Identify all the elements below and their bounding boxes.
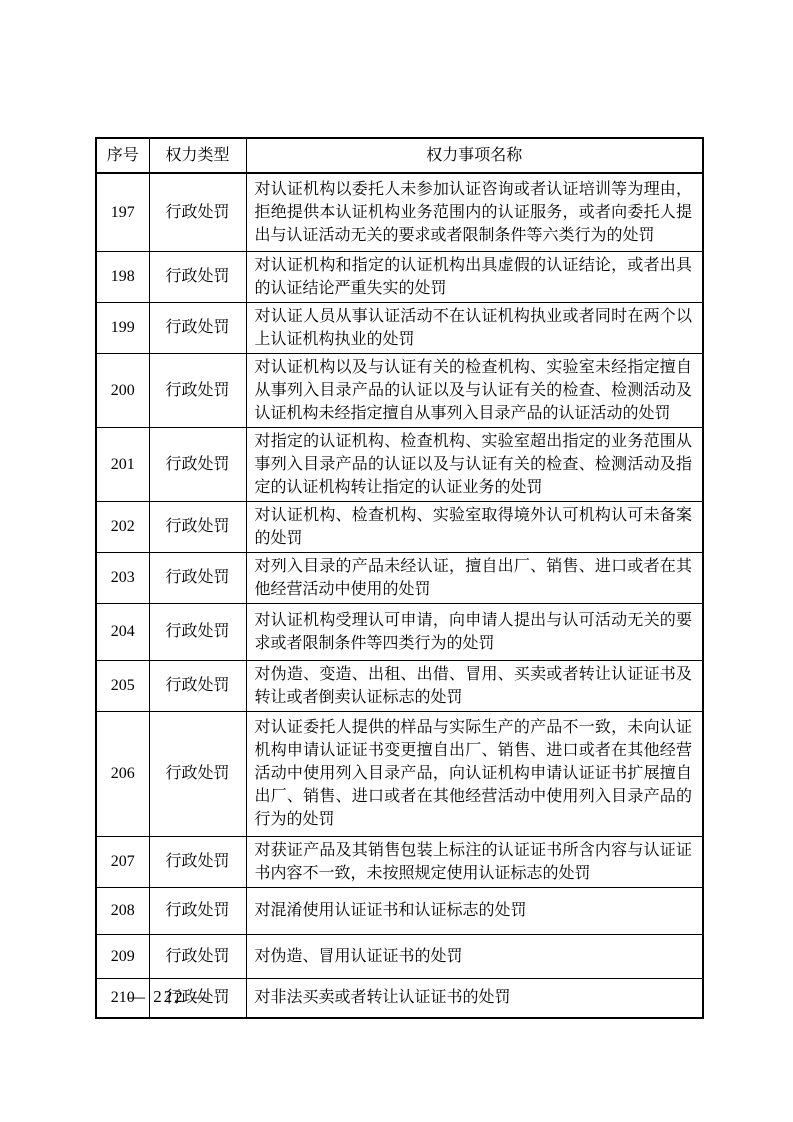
- power-item-name-cell: 对认证人员从事认证活动不在认证机构执业或者同时在两个以上认证机构执业的处罚: [246, 302, 703, 353]
- power-item-name-cell: 对非法买卖或者转让认证证书的处罚: [246, 978, 703, 1018]
- power-type-cell: 行政处罚: [149, 603, 246, 660]
- table-row: 204 行政处罚 对认证机构受理认可申请，向申请人提出与认可活动无关的要求或者限…: [96, 603, 703, 660]
- table-header: 序号 权力类型 权力事项名称: [96, 138, 703, 173]
- power-type-cell: 行政处罚: [149, 427, 246, 501]
- power-item-name-cell: 对混淆使用认证证书和认证标志的处罚: [246, 887, 703, 934]
- table-row: 207 行政处罚 对获证产品及其销售包装上标注的认证证书所含内容与认证证书内容不…: [96, 836, 703, 887]
- table-row: 203 行政处罚 对列入目录的产品未经认证，擅自出厂、销售、进口或者在其他经营活…: [96, 552, 703, 603]
- row-number-cell: 201: [96, 427, 149, 501]
- table-row: 198 行政处罚 对认证机构和指定的认证机构出具虚假的认证结论，或者出具的认证结…: [96, 251, 703, 302]
- table-row: 201 行政处罚 对指定的认证机构、检查机构、实验室超出指定的业务范围从事列入目…: [96, 427, 703, 501]
- table-row: 199 行政处罚 对认证人员从事认证活动不在认证机构执业或者同时在两个以上认证机…: [96, 302, 703, 353]
- header-cell-power-type: 权力类型: [149, 138, 246, 173]
- power-item-name-cell: 对认证机构、检查机构、实验室取得境外认可机构认可未备案的处罚: [246, 501, 703, 552]
- power-item-name-cell: 对获证产品及其销售包装上标注的认证证书所含内容与认证证书内容不一致，未按照规定使…: [246, 836, 703, 887]
- power-item-name-cell: 对伪造、变造、出租、出借、冒用、买卖或者转让认证证书及转让或者倒卖认证标志的处罚: [246, 660, 703, 711]
- document-page: 序号 权力类型 权力事项名称 197 行政处罚 对认证机构以委托人未参加认证咨询…: [0, 0, 793, 1122]
- row-number-cell: 206: [96, 711, 149, 836]
- table-row: 205 行政处罚 对伪造、变造、出租、出借、冒用、买卖或者转让认证证书及转让或者…: [96, 660, 703, 711]
- header-cell-power-item-name: 权力事项名称: [246, 138, 703, 173]
- power-type-cell: 行政处罚: [149, 836, 246, 887]
- power-type-cell: 行政处罚: [149, 353, 246, 427]
- row-number-cell: 207: [96, 836, 149, 887]
- power-item-name-cell: 对认证机构以委托人未参加认证咨询或者认证培训等为理由，拒绝提供本认证机构业务范围…: [246, 173, 703, 251]
- table-row: 197 行政处罚 对认证机构以委托人未参加认证咨询或者认证培训等为理由，拒绝提供…: [96, 173, 703, 251]
- table-row: 206 行政处罚 对认证委托人提供的样品与实际生产的产品不一致，未向认证机构申请…: [96, 711, 703, 836]
- table-row: 209 行政处罚 对伪造、冒用认证证书的处罚: [96, 934, 703, 978]
- power-item-name-cell: 对认证机构以及与认证有关的检查机构、实验室未经指定擅自从事列入目录产品的认证以及…: [246, 353, 703, 427]
- row-number-cell: 202: [96, 501, 149, 552]
- power-item-name-cell: 对认证机构和指定的认证机构出具虚假的认证结论，或者出具的认证结论严重失实的处罚: [246, 251, 703, 302]
- row-number-cell: 197: [96, 173, 149, 251]
- power-item-name-cell: 对伪造、冒用认证证书的处罚: [246, 934, 703, 978]
- row-number-cell: 204: [96, 603, 149, 660]
- power-items-table: 序号 权力类型 权力事项名称 197 行政处罚 对认证机构以委托人未参加认证咨询…: [95, 137, 704, 1019]
- table-body: 197 行政处罚 对认证机构以委托人未参加认证咨询或者认证培训等为理由，拒绝提供…: [96, 173, 703, 1018]
- power-type-cell: 行政处罚: [149, 711, 246, 836]
- row-number-cell: 209: [96, 934, 149, 978]
- header-cell-serial-number: 序号: [96, 138, 149, 173]
- row-number-cell: 203: [96, 552, 149, 603]
- power-type-cell: 行政处罚: [149, 887, 246, 934]
- table-row: 202 行政处罚 对认证机构、检查机构、实验室取得境外认可机构认可未备案的处罚: [96, 501, 703, 552]
- row-number-cell: 208: [96, 887, 149, 934]
- power-type-cell: 行政处罚: [149, 660, 246, 711]
- power-type-cell: 行政处罚: [149, 501, 246, 552]
- row-number-cell: 200: [96, 353, 149, 427]
- page-number: — 222 —: [128, 987, 210, 1007]
- power-item-name-cell: 对认证机构受理认可申请，向申请人提出与认可活动无关的要求或者限制条件等四类行为的…: [246, 603, 703, 660]
- row-number-cell: 198: [96, 251, 149, 302]
- power-type-cell: 行政处罚: [149, 251, 246, 302]
- power-type-cell: 行政处罚: [149, 173, 246, 251]
- power-type-cell: 行政处罚: [149, 552, 246, 603]
- row-number-cell: 199: [96, 302, 149, 353]
- power-item-name-cell: 对指定的认证机构、检查机构、实验室超出指定的业务范围从事列入目录产品的认证以及与…: [246, 427, 703, 501]
- table-row: 200 行政处罚 对认证机构以及与认证有关的检查机构、实验室未经指定擅自从事列入…: [96, 353, 703, 427]
- power-item-name-cell: 对列入目录的产品未经认证，擅自出厂、销售、进口或者在其他经营活动中使用的处罚: [246, 552, 703, 603]
- power-item-name-cell: 对认证委托人提供的样品与实际生产的产品不一致，未向认证机构申请认证证书变更擅自出…: [246, 711, 703, 836]
- power-type-cell: 行政处罚: [149, 934, 246, 978]
- table-row: 208 行政处罚 对混淆使用认证证书和认证标志的处罚: [96, 887, 703, 934]
- power-type-cell: 行政处罚: [149, 302, 246, 353]
- header-row: 序号 权力类型 权力事项名称: [96, 138, 703, 173]
- row-number-cell: 205: [96, 660, 149, 711]
